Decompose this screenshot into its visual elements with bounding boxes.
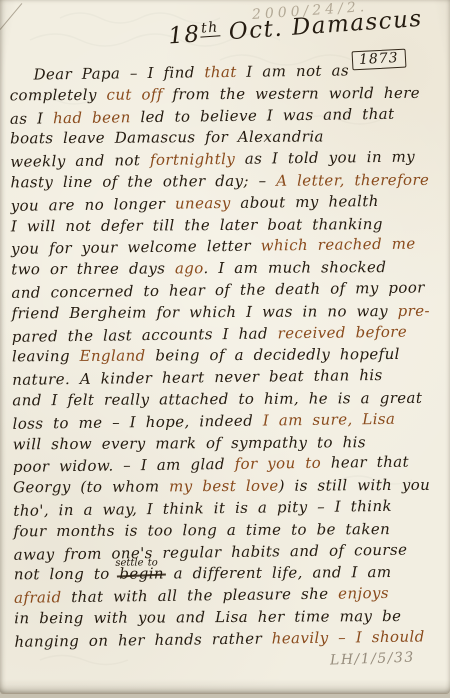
paper-crease-mark [0, 3, 22, 30]
letter-text-segment: heavily – I should [272, 627, 425, 647]
archive-ref-bottom: LH/1/5/33 [330, 650, 415, 669]
date-ordinal: th [200, 19, 221, 37]
letter-text-segment: hear that [321, 453, 409, 472]
letter-line: hanging on her hands rather heavily – I … [14, 626, 446, 653]
letter-text-segment: and concerned to hear of the death of my… [11, 278, 425, 301]
letter-text-segment: hasty line of the other day; – [10, 172, 276, 192]
letter-text-segment: afraid [14, 588, 62, 607]
letter-text-segment: you are no longer [11, 194, 175, 214]
letter-text-segment: friend Bergheim for which I was in no wa… [12, 302, 398, 322]
letter-text-segment: cut off [106, 85, 162, 103]
letter-paper: 2000/24/2. 18th Oct. Damascus 1873 Dear … [0, 0, 450, 694]
letter-text-segment: pared the last accounts I had [12, 324, 278, 345]
letter-text-segment: A letter, therefore [276, 171, 429, 190]
letter-text-segment: fortnightly [150, 150, 235, 169]
letter-text-segment: from the western world here [163, 84, 420, 104]
letter-text-segment: in being with you and Lisa her time may … [14, 607, 401, 627]
letter-text-segment: completely [10, 86, 107, 105]
letter-text-segment: and I felt really attached to him, he is… [12, 389, 422, 410]
date-rest: Oct. Damascus [219, 6, 423, 46]
letter-text-segment: Georgy (to whom [13, 478, 169, 497]
letter-text-segment: enjoys [338, 584, 389, 603]
letter-text-segment: that with all the pleasure she [61, 585, 338, 607]
letter-lines: Dear Papa – I find that I am not ascompl… [9, 60, 446, 652]
letter-text-segment: about my health [231, 192, 379, 212]
letter-text-segment: ago [175, 259, 204, 277]
letter-text-segment: my best love [169, 477, 279, 496]
letter-text-segment: uneasy [175, 194, 231, 213]
letter-text-segment: led to believe I was and that [131, 104, 395, 125]
letter-text-segment: ) is still with you [279, 476, 431, 495]
letter-text-segment: received before [277, 322, 407, 342]
letter-text-segment: away from one's regular habits and of co… [14, 540, 408, 563]
letter-text-segment: poor widow. – I am glad [13, 455, 235, 476]
letter-text-segment: a different life, and I am [164, 563, 392, 582]
letter-text-segment: which reached me [261, 235, 416, 255]
letter-text-segment: begin [119, 565, 164, 583]
letter-text-segment: you for your welcome letter [11, 237, 261, 258]
date-day: 18 [167, 21, 201, 49]
letter-text-segment: tho', in a way, I think it is a pity – I… [13, 497, 392, 520]
scanned-letter: 2000/24/2. 18th Oct. Damascus 1873 Dear … [0, 0, 450, 698]
letter-text-segment: pre- [398, 302, 430, 320]
letter-text-segment: weekly and not [10, 151, 150, 171]
letter-text-segment: loss to me – I hope, indeed [12, 411, 262, 432]
letter-text-segment: as I [10, 109, 53, 128]
letter-text-segment: will show every mark of sympathy to his [13, 433, 366, 453]
letter-text-segment: I am sure, Lisa [263, 410, 396, 430]
letter-text-segment: hanging on her hands rather [14, 629, 271, 650]
letter-text-segment: as I told you in my [235, 148, 415, 168]
letter-text-segment: not long to [14, 565, 120, 584]
letter-text-segment: leaving [12, 347, 80, 365]
letter-text-segment: two or three days [11, 259, 175, 278]
letter-text-segment: nature. A kinder heart never beat than h… [12, 366, 383, 389]
letter-text-segment: I am not as [237, 61, 350, 80]
letter-text-segment: four months is too long a time to be tak… [13, 520, 390, 540]
letter-text-segment: that [204, 63, 236, 81]
letter-text-segment: . I am much shocked [203, 258, 386, 277]
letter-text-segment: Dear Papa – I find [33, 63, 204, 83]
letter-text-segment: had been [53, 108, 131, 127]
letter-text-segment: being of a decidedly hopeful [146, 345, 400, 365]
letter-text-segment: I will not defer till the later boat tha… [11, 215, 383, 235]
letter-text-segment: for you to [235, 454, 322, 473]
letter-text-segment: boats leave Damascus for Alexandria [10, 128, 324, 148]
inserted-correction: settle tobegin [119, 564, 164, 586]
letter-text-segment: England [80, 347, 146, 365]
